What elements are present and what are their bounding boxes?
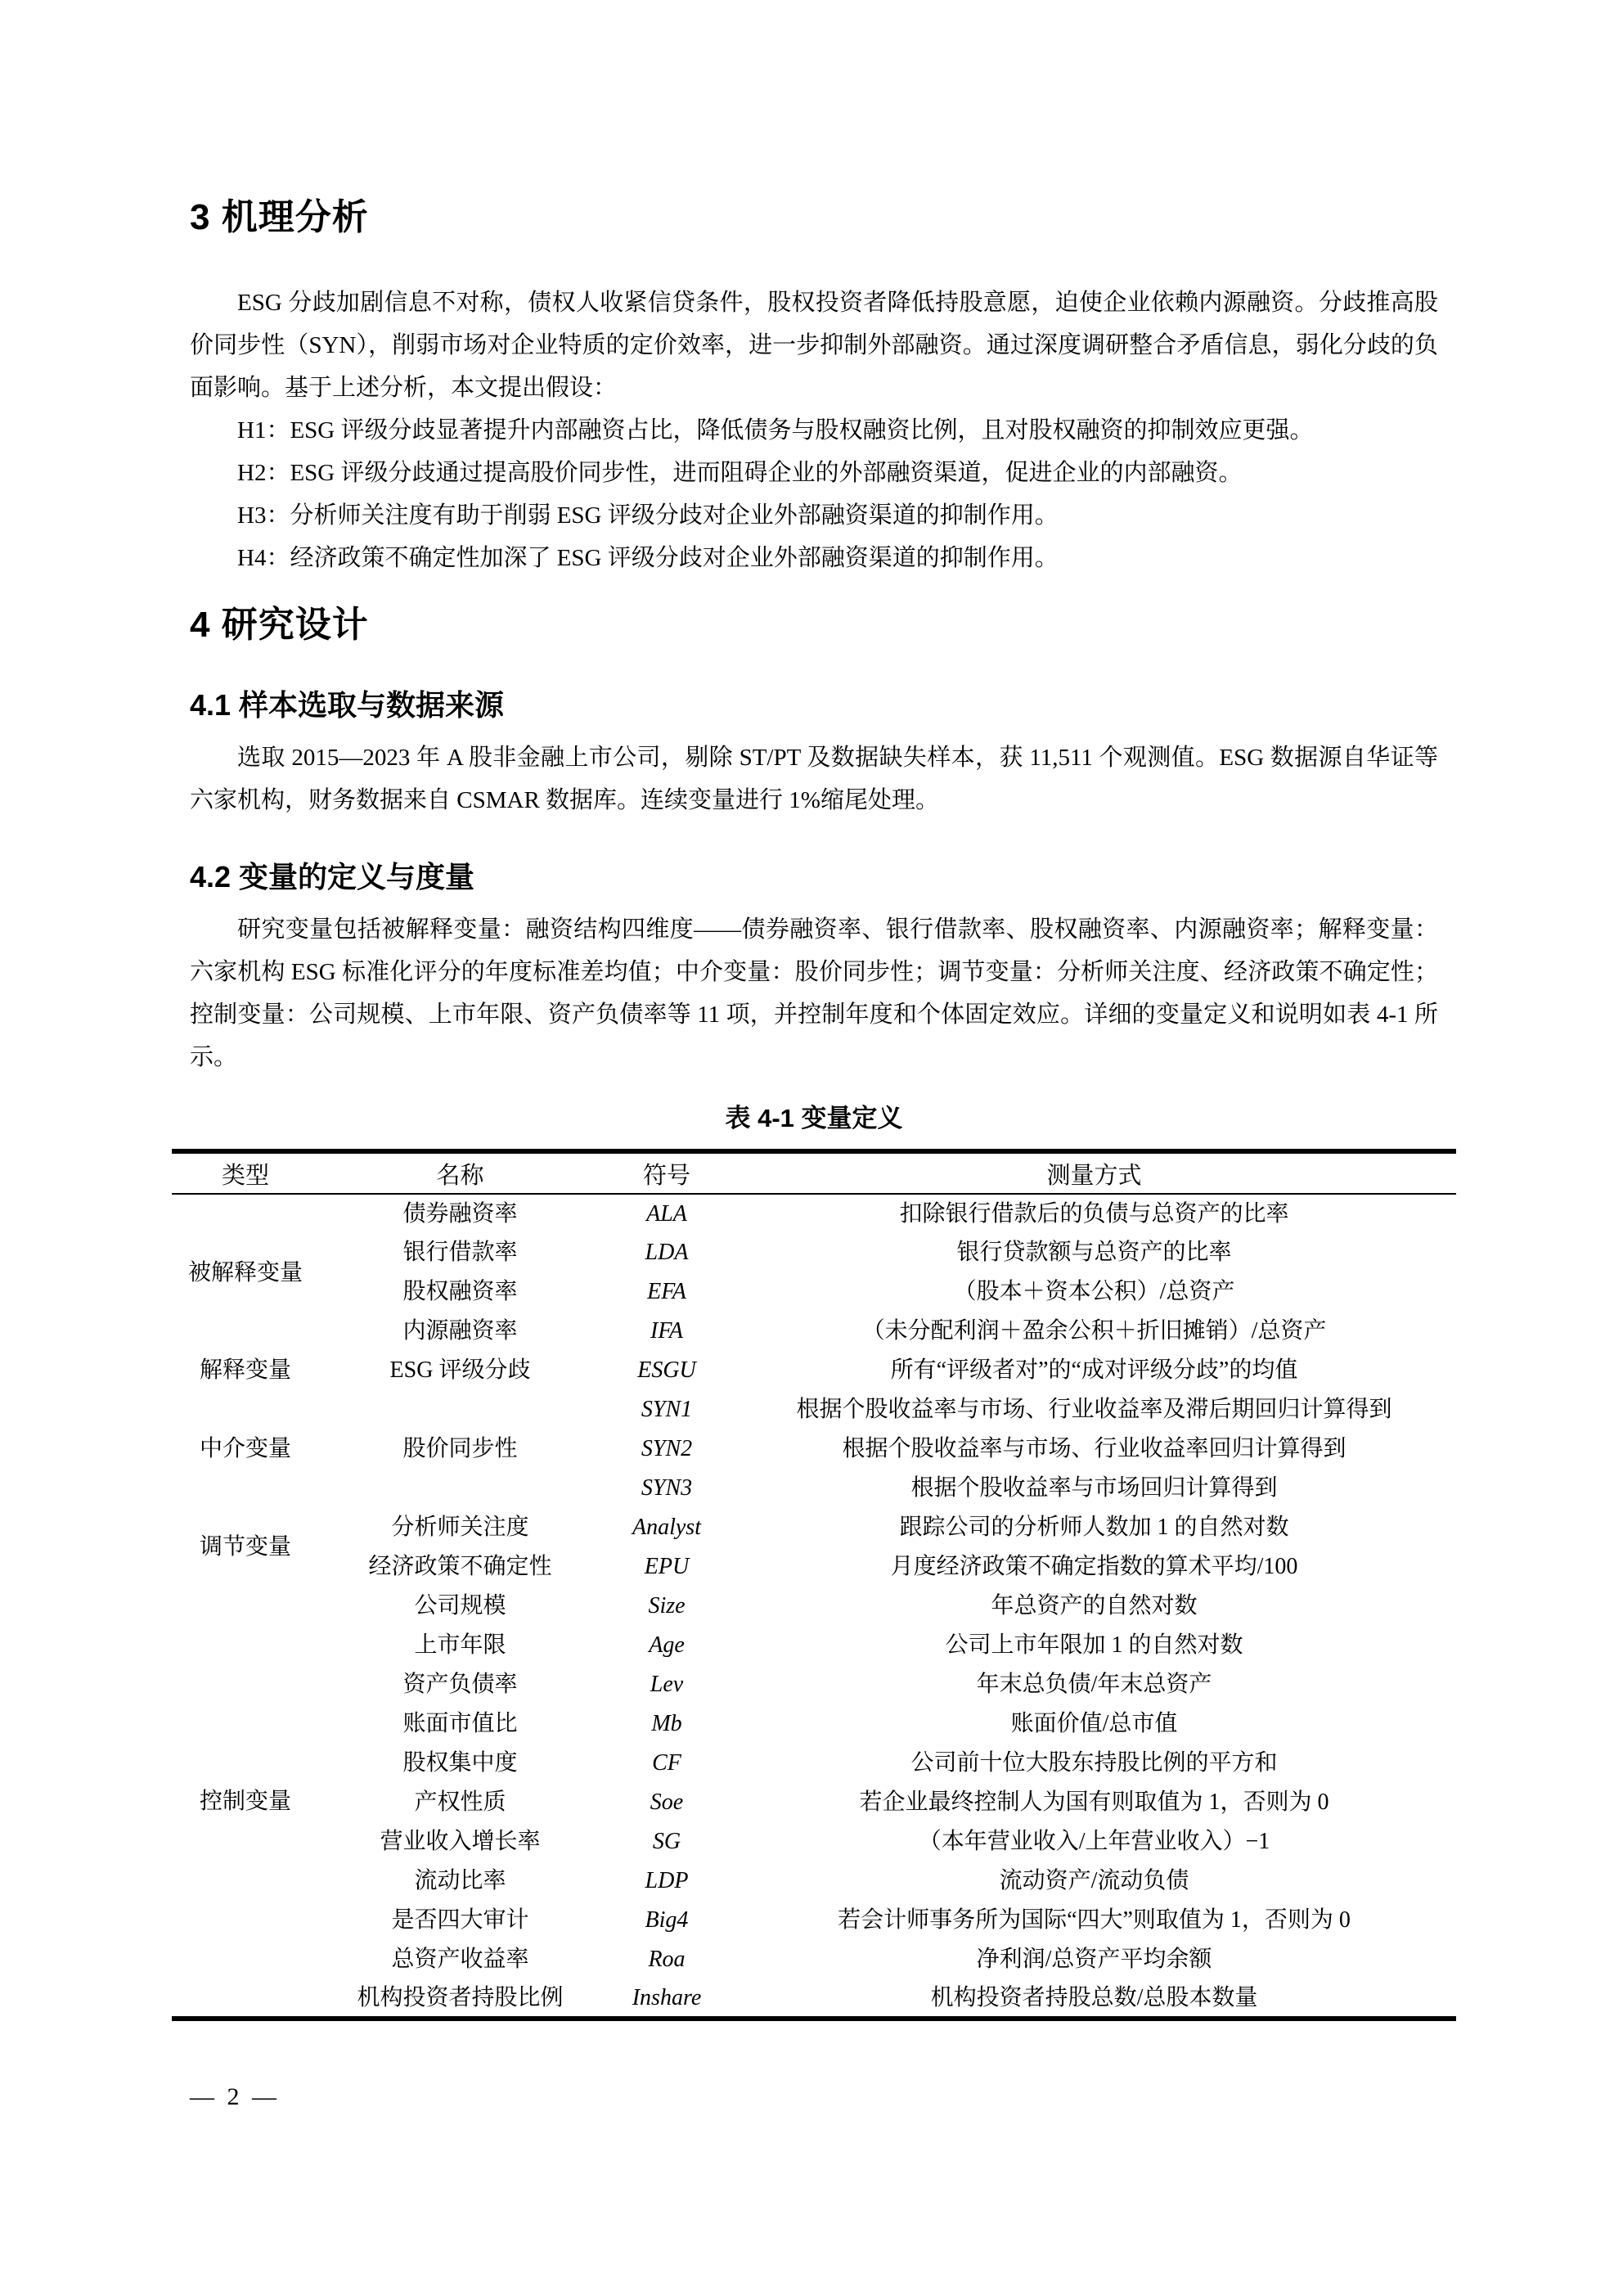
cell-variable-type: 调节变量 bbox=[172, 1508, 319, 1587]
cell-variable-symbol: Lev bbox=[601, 1665, 732, 1704]
table-row: 银行借款率LDA银行贷款额与总资产的比率 bbox=[172, 1233, 1456, 1272]
cell-variable-measure: （股本＋资本公积）/总资产 bbox=[732, 1272, 1456, 1312]
cell-variable-measure: 净利润/总资产平均余额 bbox=[732, 1940, 1456, 1979]
cell-variable-symbol: EPU bbox=[601, 1547, 732, 1587]
cell-variable-measure: 根据个股收益率与市场、行业收益率回归计算得到 bbox=[732, 1429, 1456, 1469]
cell-variable-symbol: LDA bbox=[601, 1233, 732, 1272]
cell-variable-symbol: CF bbox=[601, 1744, 732, 1783]
cell-variable-symbol: ALA bbox=[601, 1194, 732, 1233]
cell-variable-name: 流动比率 bbox=[319, 1862, 601, 1901]
cell-variable-name: 机构投资者持股比例 bbox=[319, 1979, 601, 2019]
cell-variable-name: 债券融资率 bbox=[319, 1194, 601, 1233]
cell-variable-name: 股价同步性 bbox=[319, 1390, 601, 1508]
cell-variable-measure: 跟踪公司的分析师人数加 1 的自然对数 bbox=[732, 1508, 1456, 1547]
cell-variable-symbol: Roa bbox=[601, 1940, 732, 1979]
table-row: 解释变量ESG 评级分歧ESGU所有“评级者对”的“成对评级分歧”的均值 bbox=[172, 1351, 1456, 1390]
section-4-heading: 4 研究设计 bbox=[190, 602, 1438, 648]
hypothesis-h3: H3：分析师关注度有助于削弱 ESG 评级分歧对企业外部融资渠道的抑制作用。 bbox=[190, 494, 1438, 537]
cell-variable-name: 资产负债率 bbox=[319, 1665, 601, 1704]
table-row: 账面市值比Mb账面价值/总市值 bbox=[172, 1704, 1456, 1744]
cell-variable-symbol: SG bbox=[601, 1822, 732, 1862]
cell-variable-name: 分析师关注度 bbox=[319, 1508, 601, 1547]
table-caption: 表 4-1 变量定义 bbox=[190, 1101, 1438, 1136]
cell-variable-name: 上市年限 bbox=[319, 1626, 601, 1665]
table-row: 股权集中度CF公司前十位大股东持股比例的平方和 bbox=[172, 1744, 1456, 1783]
cell-variable-name: 产权性质 bbox=[319, 1783, 601, 1822]
cell-variable-symbol: Big4 bbox=[601, 1901, 732, 1940]
cell-variable-measure: 若企业最终控制人为国有则取值为 1，否则为 0 bbox=[732, 1783, 1456, 1822]
cell-variable-measure: 根据个股收益率与市场回归计算得到 bbox=[732, 1469, 1456, 1508]
table-body: 被解释变量债券融资率ALA扣除银行借款后的负债与总资产的比率银行借款率LDA银行… bbox=[172, 1194, 1456, 2019]
cell-variable-name: 银行借款率 bbox=[319, 1233, 601, 1272]
cell-variable-type: 解释变量 bbox=[172, 1351, 319, 1390]
cell-variable-measure: 公司上市年限加 1 的自然对数 bbox=[732, 1626, 1456, 1665]
cell-variable-symbol: LDP bbox=[601, 1862, 732, 1901]
cell-variable-type: 中介变量 bbox=[172, 1390, 319, 1508]
cell-variable-symbol: IFA bbox=[601, 1312, 732, 1351]
cell-variable-symbol: SYN2 bbox=[601, 1429, 732, 1469]
page-content: 3 机理分析 ESG 分歧加剧信息不对称，债权人收紧信贷条件，股权投资者降低持股… bbox=[190, 0, 1438, 2021]
section-4-1-heading: 4.1 样本选取与数据来源 bbox=[190, 687, 1438, 723]
cell-variable-symbol: Soe bbox=[601, 1783, 732, 1822]
table-row: 流动比率LDP流动资产/流动负债 bbox=[172, 1862, 1456, 1901]
cell-variable-symbol: Analyst bbox=[601, 1508, 732, 1547]
cell-variable-symbol: EFA bbox=[601, 1272, 732, 1312]
cell-variable-name: ESG 评级分歧 bbox=[319, 1351, 601, 1390]
cell-variable-name: 公司规模 bbox=[319, 1587, 601, 1626]
header-symbol: 符号 bbox=[601, 1151, 732, 1194]
cell-variable-name: 经济政策不确定性 bbox=[319, 1547, 601, 1587]
cell-variable-name: 营业收入增长率 bbox=[319, 1822, 601, 1862]
cell-variable-measure: （本年营业收入/上年营业收入）−1 bbox=[732, 1822, 1456, 1862]
table-row: 内源融资率IFA（未分配利润＋盈余公积＋折旧摊销）/总资产 bbox=[172, 1312, 1456, 1351]
cell-variable-symbol: Mb bbox=[601, 1704, 732, 1744]
table-row: 被解释变量债券融资率ALA扣除银行借款后的负债与总资产的比率 bbox=[172, 1194, 1456, 1233]
section-3-heading: 3 机理分析 bbox=[190, 195, 1438, 241]
table-row: 调节变量分析师关注度Analyst跟踪公司的分析师人数加 1 的自然对数 bbox=[172, 1508, 1456, 1547]
hypothesis-h4: H4：经济政策不确定性加深了 ESG 评级分歧对企业外部融资渠道的抑制作用。 bbox=[190, 537, 1438, 579]
table-row: 中介变量股价同步性SYN1根据个股收益率与市场、行业收益率及滞后期回归计算得到 bbox=[172, 1390, 1456, 1429]
cell-variable-measure: 根据个股收益率与市场、行业收益率及滞后期回归计算得到 bbox=[732, 1390, 1456, 1429]
cell-variable-symbol: SYN1 bbox=[601, 1390, 732, 1429]
sample-paragraph: 选取 2015—2023 年 A 股非金融上市公司，剔除 ST/PT 及数据缺失… bbox=[190, 736, 1438, 822]
header-name: 名称 bbox=[319, 1151, 601, 1194]
table-row: 是否四大审计Big4若会计师事务所为国际“四大”则取值为 1，否则为 0 bbox=[172, 1901, 1456, 1940]
cell-variable-name: 账面市值比 bbox=[319, 1704, 601, 1744]
cell-variable-symbol: Size bbox=[601, 1587, 732, 1626]
cell-variable-type: 控制变量 bbox=[172, 1587, 319, 2019]
cell-variable-name: 总资产收益率 bbox=[319, 1940, 601, 1979]
cell-variable-measure: 若会计师事务所为国际“四大”则取值为 1，否则为 0 bbox=[732, 1901, 1456, 1940]
cell-variable-measure: 月度经济政策不确定指数的算术平均/100 bbox=[732, 1547, 1456, 1587]
cell-variable-name: 股权集中度 bbox=[319, 1744, 601, 1783]
cell-variable-symbol: Inshare bbox=[601, 1979, 732, 2019]
cell-variable-measure: 账面价值/总市值 bbox=[732, 1704, 1456, 1744]
table-row: 总资产收益率Roa净利润/总资产平均余额 bbox=[172, 1940, 1456, 1979]
table-row: 产权性质Soe若企业最终控制人为国有则取值为 1，否则为 0 bbox=[172, 1783, 1456, 1822]
table-row: 上市年限Age公司上市年限加 1 的自然对数 bbox=[172, 1626, 1456, 1665]
section-4-2-heading: 4.2 变量的定义与度量 bbox=[190, 859, 1438, 895]
table-row: 控制变量公司规模Size年总资产的自然对数 bbox=[172, 1587, 1456, 1626]
cell-variable-measure: 年总资产的自然对数 bbox=[732, 1587, 1456, 1626]
cell-variable-name: 是否四大审计 bbox=[319, 1901, 601, 1940]
header-measure: 测量方式 bbox=[732, 1151, 1456, 1194]
header-type: 类型 bbox=[172, 1151, 319, 1194]
cell-variable-measure: 银行贷款额与总资产的比率 bbox=[732, 1233, 1456, 1272]
cell-variable-measure: （未分配利润＋盈余公积＋折旧摊销）/总资产 bbox=[732, 1312, 1456, 1351]
cell-variable-type: 被解释变量 bbox=[172, 1194, 319, 1351]
cell-variable-symbol: ESGU bbox=[601, 1351, 732, 1390]
page-number: — 2 — bbox=[190, 2083, 280, 2111]
cell-variable-name: 内源融资率 bbox=[319, 1312, 601, 1351]
table-row: 营业收入增长率SG（本年营业收入/上年营业收入）−1 bbox=[172, 1822, 1456, 1862]
table-row: 机构投资者持股比例Inshare机构投资者持股总数/总股本数量 bbox=[172, 1979, 1456, 2019]
table-row: 经济政策不确定性EPU月度经济政策不确定指数的算术平均/100 bbox=[172, 1547, 1456, 1587]
paper-page: 3 机理分析 ESG 分歧加剧信息不对称，债权人收紧信贷条件，股权投资者降低持股… bbox=[0, 0, 1623, 2296]
cell-variable-measure: 扣除银行借款后的负债与总资产的比率 bbox=[732, 1194, 1456, 1233]
hypothesis-h2: H2：ESG 评级分歧通过提高股价同步性，进而阻碍企业的外部融资渠道，促进企业的… bbox=[190, 452, 1438, 494]
cell-variable-measure: 流动资产/流动负债 bbox=[732, 1862, 1456, 1901]
cell-variable-measure: 公司前十位大股东持股比例的平方和 bbox=[732, 1744, 1456, 1783]
cell-variable-symbol: Age bbox=[601, 1626, 732, 1665]
cell-variable-name: 股权融资率 bbox=[319, 1272, 601, 1312]
cell-variable-symbol: SYN3 bbox=[601, 1469, 732, 1508]
hypothesis-h1: H1：ESG 评级分歧显著提升内部融资占比，降低债务与股权融资比例，且对股权融资… bbox=[190, 409, 1438, 452]
cell-variable-measure: 年末总负债/年末总资产 bbox=[732, 1665, 1456, 1704]
variables-paragraph: 研究变量包括被解释变量：融资结构四维度——债券融资率、银行借款率、股权融资率、内… bbox=[190, 908, 1438, 1078]
mechanism-paragraph: ESG 分歧加剧信息不对称，债权人收紧信贷条件，股权投资者降低持股意愿，迫使企业… bbox=[190, 281, 1438, 409]
table-row: 股权融资率EFA（股本＋资本公积）/总资产 bbox=[172, 1272, 1456, 1312]
cell-variable-measure: 机构投资者持股总数/总股本数量 bbox=[732, 1979, 1456, 2019]
variables-table: 类型 名称 符号 测量方式 被解释变量债券融资率ALA扣除银行借款后的负债与总资… bbox=[172, 1149, 1456, 2021]
cell-variable-measure: 所有“评级者对”的“成对评级分歧”的均值 bbox=[732, 1351, 1456, 1390]
table-header-row: 类型 名称 符号 测量方式 bbox=[172, 1151, 1456, 1194]
table-row: 资产负债率Lev年末总负债/年末总资产 bbox=[172, 1665, 1456, 1704]
